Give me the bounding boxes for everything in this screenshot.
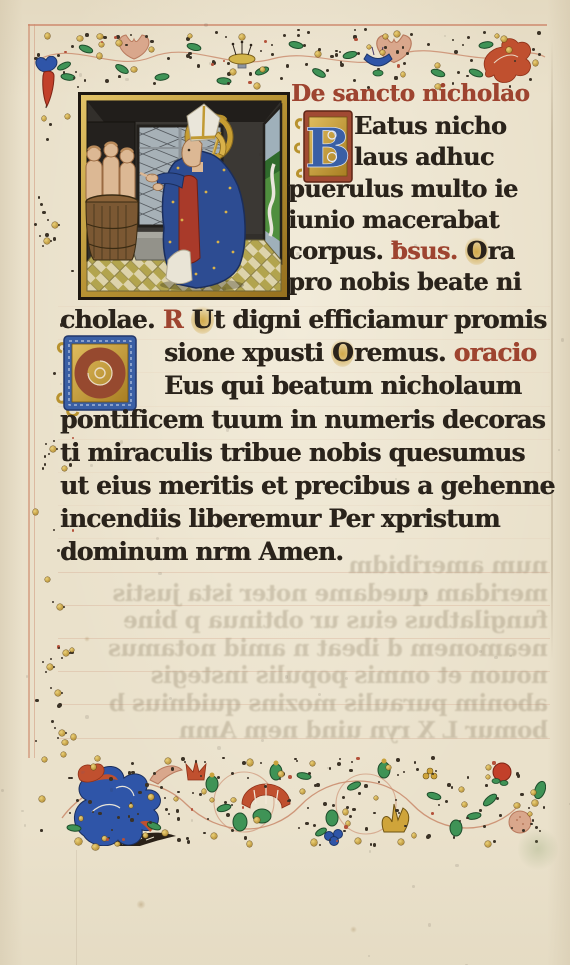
border-dot [231,798,236,803]
border-dot [351,761,353,763]
page-edge-shadow [551,40,553,660]
border-dot [145,35,149,39]
border-dot [394,31,400,37]
border-dot [184,761,187,764]
border-dot [451,786,454,789]
text-line: Eus qui beatum nicholaum [60,369,550,402]
border-dot [105,79,109,83]
border-dot [167,57,170,60]
border-dot [242,806,244,808]
border-dot [532,819,534,821]
border-dot [326,69,330,73]
border-dot [137,813,139,815]
border-dot [143,833,148,838]
border-dot [131,67,136,72]
border-dot [71,270,74,273]
border-dot [329,767,332,770]
border-dot [364,784,368,788]
ghost-text-line: bomur L X ryn uind nem Amn [58,717,548,745]
border-dot [357,52,361,56]
text-segment: pontificem tuum in numeris decoras [60,405,545,434]
text-line: incendiis liberemur Per xpristum [60,502,550,535]
border-dot [260,50,262,52]
border-dot [225,36,227,38]
border-dot [164,797,167,800]
border-dot [397,774,399,776]
border-dot [45,577,50,582]
ghost-text-line: fungilatbus eius ur obtinua p bine [58,607,548,635]
border-dot [286,64,289,67]
text-segment: O [465,236,487,265]
border-dot [33,509,39,515]
border-dot [319,844,322,847]
border-dot [42,116,47,121]
border-dot [71,45,74,48]
border-dot [44,455,47,458]
border-dot [412,885,415,888]
border-dot [354,29,356,31]
border-dot [264,785,267,788]
border-dot [404,825,407,828]
border-dot [457,71,460,74]
border-dot [445,800,448,803]
text-line: ti miraculis tribue nobis quesumus [60,436,550,469]
border-dot [202,789,207,794]
border-dot [109,777,113,781]
border-dot [336,840,338,842]
border-dot [311,839,317,845]
border-dot [195,760,198,763]
border-dot [344,825,348,829]
border-dot [342,796,345,799]
border-dot [543,806,546,809]
border-dot [85,33,89,37]
border-dot [203,832,206,835]
border-dot [24,824,26,826]
border-dot [91,764,96,769]
border-dot [453,836,455,838]
border-dot [384,46,387,49]
border-dot [485,841,491,847]
ghost-text-line: neamonem d ibeat n amid notamus [58,635,548,663]
border-dot [335,53,339,57]
border-dot [308,772,311,775]
border-dot [70,777,73,780]
border-dot [343,809,349,815]
text-line: sione xpusti Oremus. oracio [60,336,550,369]
border-dot [40,829,43,832]
border-dot [305,822,308,825]
border-dot [377,68,380,71]
text-segment: puerulus multo ie [288,174,518,203]
border-dot [297,29,300,32]
text-segment: pro nobis beate ni [288,267,521,296]
text-segment: remus. [354,338,454,367]
border-dot [148,794,154,800]
border-dot [197,64,201,68]
border-dot [459,820,461,822]
border-dot [307,807,309,809]
border-dot [239,34,245,40]
border-dot [35,699,39,703]
border-dot [45,33,51,39]
border-dot [130,34,132,36]
border-dot [79,816,84,821]
border-dot [530,823,532,825]
border-dot [46,138,49,141]
border-dot [462,802,467,807]
border-dot [538,53,541,56]
border-dot [298,827,300,829]
border-dot [211,63,214,66]
border-dot [247,759,254,766]
border-dot [561,338,565,342]
border-dot [398,812,401,815]
border-dot [223,60,225,62]
border-dot [339,51,341,53]
border-dot [131,771,135,775]
border-dot [329,839,331,841]
border-dot [431,812,434,815]
border-dot [406,52,409,55]
border-dot [278,771,284,777]
border-dot [467,36,470,39]
border-dot [356,757,360,761]
border-dot [21,810,24,813]
border-dot [111,829,113,831]
border-dot [92,811,94,813]
border-dot [171,767,175,771]
text-segment: ti miraculis tribue nobis quesumus [60,438,525,467]
border-dot [260,762,262,764]
border-dot [332,804,335,807]
border-dot [231,772,234,775]
text-line: laus adhuc [288,141,550,172]
miniature-saint-nicholas [78,92,290,300]
border-dot [248,81,252,85]
border-dot [181,757,185,761]
border-dot [470,59,473,62]
border-dot [247,777,249,779]
border-dot [49,123,52,126]
border-dot [114,36,118,40]
border-dot [42,211,46,215]
border-dot [280,77,283,80]
border-dot [210,798,214,802]
foxing-spot [136,900,146,909]
border-dot [177,791,180,794]
landscape-window [264,106,281,262]
text-segment: sione xpusti [164,338,331,367]
border-dot [260,67,265,72]
border-dot [247,841,253,847]
border-dot [153,772,157,776]
border-dot [402,46,405,49]
border-dot [68,777,71,780]
border-dot [230,69,236,75]
parchment-crease [76,850,77,965]
border-dot [75,71,77,73]
border-dot [339,758,341,760]
border-dot [396,758,400,762]
border-dot [495,34,500,39]
text-line: corpus. ƀsus. Ora [288,235,550,266]
border-dot [150,40,154,44]
border-dot [370,843,373,846]
blessing-hand [146,174,158,182]
border-dot [532,800,537,805]
text-line: cholae. R Ut digni efficiamur promis [60,303,550,336]
border-dot [531,790,536,795]
border-dot [483,31,486,34]
border-dot [432,773,434,775]
border-dot [466,75,469,78]
border-dot [227,82,230,85]
border-dot [176,810,179,813]
border-dot [40,203,44,207]
border-dot [364,28,367,31]
border-dot [483,825,486,828]
border-dot [254,817,260,823]
border-dot [330,55,334,59]
border-dot [82,771,85,774]
blue-flower [36,56,57,71]
border-dot [165,808,168,811]
border-dot [486,765,491,770]
border-dot [226,813,230,817]
border-dot [403,62,406,65]
border-dot [368,955,370,957]
border-dot [44,463,46,465]
border-dot [485,784,488,787]
border-dot [224,801,227,804]
border-dot [177,817,181,821]
border-dot [186,837,189,840]
border-dot [528,807,530,809]
border-dot [69,812,71,814]
ghost-text-line: num ameribidm [58,552,548,580]
border-dot [354,38,358,42]
border-dot [340,63,344,67]
border-dot [227,62,230,65]
border-dot [520,793,524,797]
border-dot [97,53,103,59]
border-dot [231,829,234,832]
ghost-text-line: abonim puraulis mozins quidnius b [58,690,548,718]
border-dot [145,783,148,786]
border-dot [77,36,83,42]
text-segment: U [191,305,214,334]
border-dot [283,34,286,37]
border-dot [249,72,253,76]
border-dot [435,770,437,772]
border-dot [373,812,375,814]
border-dot [349,815,352,818]
border-dot [242,761,246,765]
border-dot [153,82,156,85]
text-segment: laus adhuc [354,142,494,171]
border-dot [323,802,327,806]
border-dot [271,44,273,46]
border-dot [462,44,464,46]
border-dot [191,808,193,810]
border-dot [42,757,47,762]
border-dot [34,223,38,227]
border-dot [455,864,459,868]
text-segment: oracio [454,338,537,367]
border-dot [374,796,378,800]
border-dot [378,781,380,783]
border-dot [125,44,127,46]
border-dot [427,834,431,838]
text-segment: ut eius meritis et precibus a gehenne [60,471,555,500]
ghost-text-line: nouon et onmis populis instegis [58,662,548,690]
border-dot [412,833,417,838]
border-dot [98,812,102,816]
border-dot [358,792,360,794]
border-dot [177,838,181,842]
border-dot [97,34,103,40]
text-line: ut eius meritis et precibus a gehenne [60,469,550,502]
border-dot [149,821,152,824]
border-dot [501,36,507,42]
rubric-heading: De sancto nicholao [291,80,547,107]
border-dot [343,830,346,833]
top-border-dots [34,28,546,86]
border-dot [349,769,353,773]
foxing-spot [350,926,357,933]
face [182,138,202,166]
ruled-frame-left-line [28,24,30,758]
border-dot [254,83,260,89]
border-dot [131,762,135,766]
text-segment: corpus. [288,236,391,265]
border-dot [532,48,535,51]
red-bud [43,71,54,106]
text-line: pro nobis beate ni [288,266,550,297]
border-dot [103,36,106,39]
border-dot [88,800,92,804]
border-dot [367,45,372,50]
border-dot [303,44,306,47]
border-dot [511,827,513,829]
text-segment: O [331,338,354,367]
border-dot [355,838,361,844]
border-dot [466,817,468,819]
manuscript-page: De sancto nicholao B Eatus nicholaus adh… [0,0,570,965]
border-dot [296,760,298,762]
border-dot [398,839,404,845]
border-dot [39,796,45,802]
border-dot [204,761,206,763]
border-dot [479,809,482,812]
border-dot [297,34,300,37]
border-dot [395,799,397,801]
border-dot [383,34,388,39]
border-dot [51,720,54,723]
border-dot [92,844,98,850]
border-dot [397,64,400,67]
border-dot [369,850,371,852]
text-segment: R [163,305,191,334]
border-dot [492,761,495,764]
border-dot [452,39,454,41]
text-line: puerulus multo ie [288,173,550,204]
border-dot [65,114,70,119]
border-dot [64,51,66,53]
border-dot [118,76,120,78]
border-dot [310,761,315,766]
green-stain [518,826,558,872]
border-dot [76,799,79,802]
border-dot [386,765,391,770]
border-dot [130,818,134,822]
border-dot [528,812,532,816]
border-dot [192,792,194,794]
text-line: Eatus nicho [288,110,550,141]
border-dot [496,797,499,800]
border-dot [431,756,435,760]
border-dot [162,830,168,836]
border-dot [506,47,512,53]
border-dot [279,778,281,780]
border-dot [271,53,274,56]
border-dot [396,50,400,54]
text-line: iunio macerabat [288,204,550,235]
border-dot [75,838,81,844]
text-segment: ra [488,236,515,265]
border-dot [435,63,440,68]
border-dot [189,56,193,60]
border-dot [122,838,125,841]
border-dot [215,31,218,34]
border-dot [217,776,221,780]
border-dot [401,72,406,77]
text-segment: ƀsus. [391,236,465,265]
border-dot [106,838,109,841]
border-dot [244,836,248,840]
border-dot [499,814,502,817]
border-dot [38,196,41,199]
border-dot [168,813,170,815]
border-dot [231,804,233,806]
border-dot [365,827,369,831]
bleed-through-text: num ameribidmmeridam quedame noter ista … [58,552,548,745]
bottom-border-dots [34,756,546,844]
border-dot [35,740,37,742]
border-dot [533,60,539,66]
text-segment: incendiis liberemur Per xpristum [60,504,500,533]
border-dot [352,808,356,812]
border-dot [514,60,516,62]
border-dot [207,818,209,820]
ruled-frame-top-line [28,24,547,26]
border-dot [174,797,178,801]
border-dot [337,762,341,766]
border-dot [84,79,87,82]
border-dot [187,840,191,844]
border-dot [217,746,221,750]
text-segment: iunio macerabat [288,205,499,234]
border-dot [416,768,419,771]
border-dot [116,40,122,46]
border-dot [427,43,430,46]
border-dot [459,787,464,792]
leaf [56,60,71,71]
border-dot [149,47,154,52]
border-dot [165,758,171,764]
full-width-text-block: cholae. R Ut digni efficiamur promission… [60,303,550,569]
